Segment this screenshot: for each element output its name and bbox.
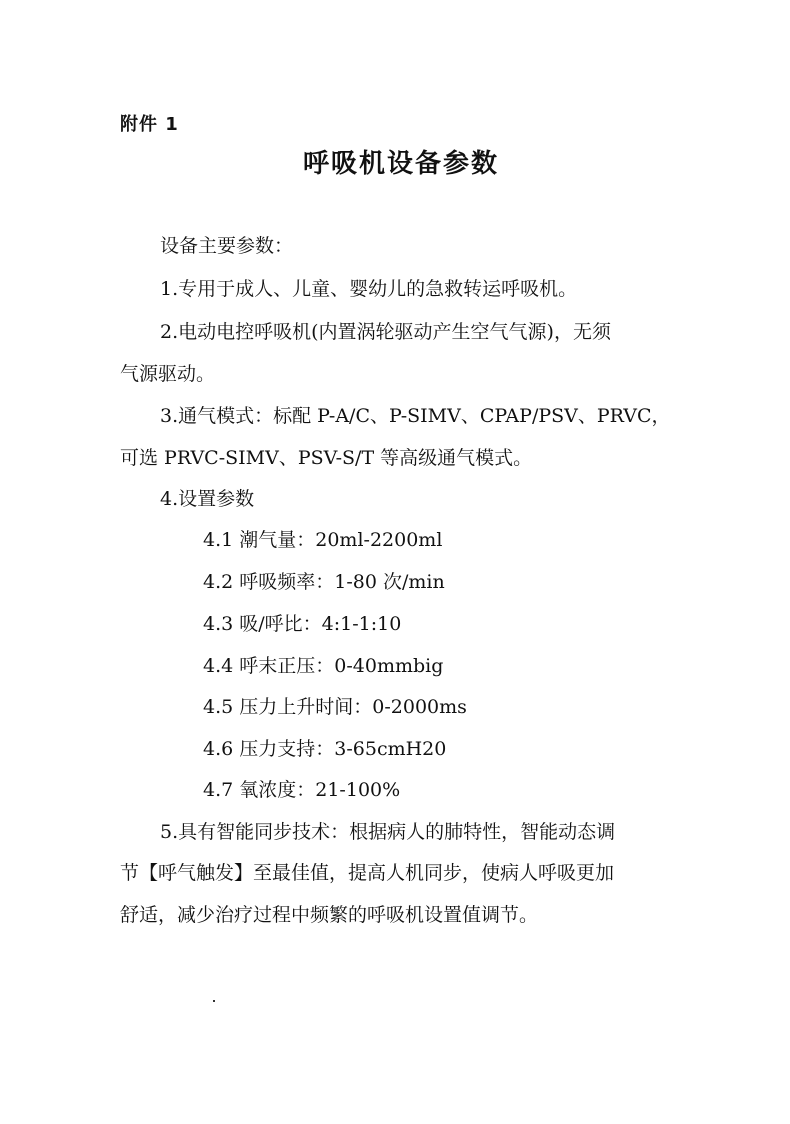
item-1: 1.专用于成人、儿童、婴幼儿的急救转运呼吸机。	[160, 277, 577, 301]
setting-oxygen-concentration: 4.7 氧浓度：21-100%	[203, 778, 400, 802]
item-2-line-1: 2.电动电控呼吸机(内置涡轮驱动产生空气气源)，无须	[160, 320, 611, 344]
stray-dot-mark	[213, 1000, 215, 1002]
document-page: 附件 1 呼吸机设备参数 设备主要参数： 1.专用于成人、儿童、婴幼儿的急救转运…	[0, 0, 790, 1124]
document-title: 呼吸机设备参数	[0, 143, 790, 180]
setting-respiratory-rate: 4.2 呼吸频率：1-80 次/min	[203, 570, 445, 594]
item-5-line-1: 5.具有智能同步技术：根据病人的肺特性，智能动态调	[160, 820, 615, 844]
item-3-line-2: 可选 PRVC-SIMV、PSV-S/T 等高级通气模式。	[120, 446, 532, 470]
setting-ie-ratio: 4.3 吸/呼比：4:1-1:10	[203, 612, 401, 636]
intro-text: 设备主要参数：	[160, 234, 293, 258]
item-2-line-2: 气源驱动。	[120, 362, 215, 386]
setting-rise-time: 4.5 压力上升时间：0-2000ms	[203, 695, 467, 719]
item-3-line-1: 3.通气模式：标配 P-A/C、P-SIMV、CPAP/PSV、PRVC，	[160, 404, 671, 428]
item-5-line-3: 舒适，减少治疗过程中频繁的呼吸机设置值调节。	[120, 903, 538, 927]
setting-pressure-support: 4.6 压力支持：3-65cmH20	[203, 737, 446, 761]
item-5-line-2: 节【呼气触发】至最佳值，提高人机同步，使病人呼吸更加	[120, 861, 614, 885]
setting-tidal-volume: 4.1 潮气量：20ml-2200ml	[203, 528, 442, 552]
attachment-label: 附件 1	[120, 110, 179, 136]
setting-peep: 4.4 呼末正压：0-40mmbig	[203, 654, 443, 678]
item-4-heading: 4.设置参数	[160, 487, 254, 511]
